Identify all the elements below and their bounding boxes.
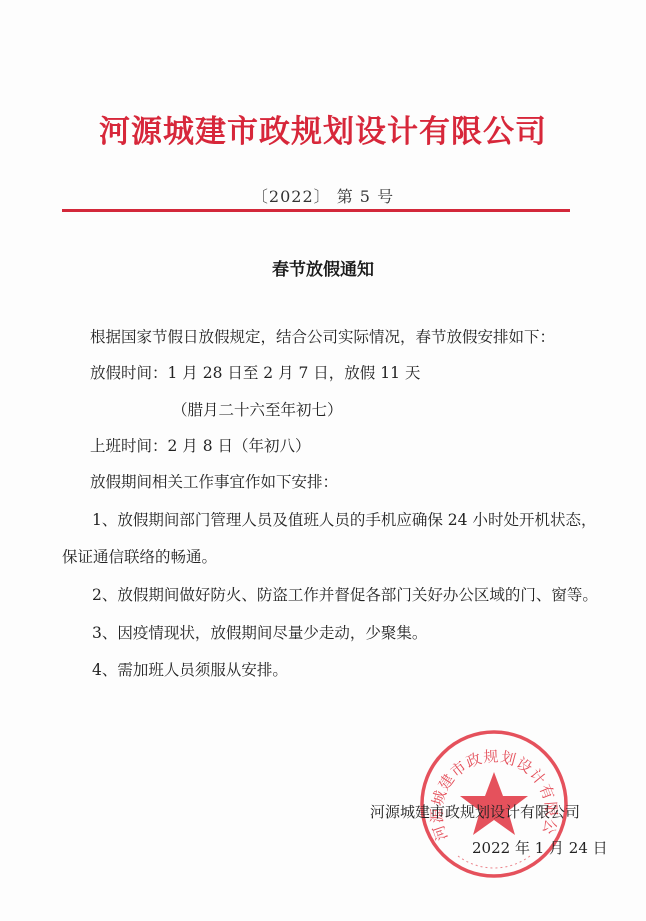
arrangement-item-3: 3、因疫情现状，放假期间尽量少走动，少聚集。 — [92, 621, 427, 643]
arrangement-item-4: 4、需加班人员须服从安排。 — [92, 658, 288, 680]
red-divider — [62, 209, 570, 212]
notice-title: 春节放假通知 — [0, 255, 646, 280]
work-resume-time: 上班时间：2 月 8 日（年初八） — [90, 434, 311, 456]
holiday-time: 放假时间：1 月 28 日至 2 月 7 日，放假 11 天 — [90, 361, 420, 383]
arrangements-heading: 放假期间相关工作事宜作如下安排： — [90, 470, 338, 492]
company-title: 河源城建市政规划设计有限公司 — [0, 106, 646, 151]
signature-company: 河源城建市政规划设计有限公司 — [370, 801, 580, 822]
arrangement-item-1-continued: 保证通信联络的畅通。 — [62, 545, 217, 567]
signature-date: 2022 年 1 月 24 日 — [472, 837, 608, 858]
arrangement-item-2: 2、放假期间做好防火、防盗工作并督促各部门关好办公区域的门、窗等。 — [92, 583, 598, 605]
document-number: 〔2022〕 第 5 号 — [0, 184, 646, 207]
lunar-date-note: （腊月二十六至年初七） — [172, 398, 343, 420]
intro-paragraph: 根据国家节假日放假规定，结合公司实际情况，春节放假安排如下： — [90, 325, 555, 347]
arrangement-item-1: 1、放假期间部门管理人员及值班人员的手机应确保 24 小时处开机状态， — [92, 508, 596, 530]
